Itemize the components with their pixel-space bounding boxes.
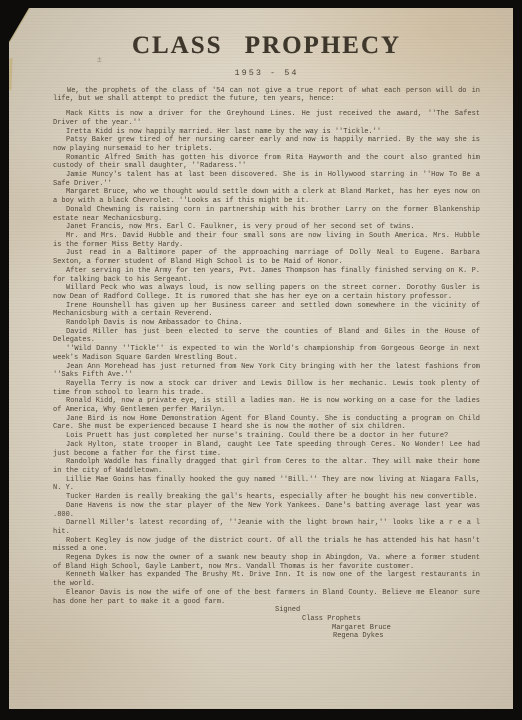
prophecy-paragraph: Jack Hylton, state trooper in Bland, cau… <box>53 441 480 458</box>
page-title: CLASS PROPHECY <box>53 32 480 61</box>
prophecy-paragraph: Jean Ann Morehead has just returned from… <box>53 363 480 380</box>
prophecy-paragraph: Patsy Baker grew tired of her nursing ca… <box>53 136 480 153</box>
prophecy-paragraph: Ronald Kidd, now a private eye, is still… <box>53 397 480 414</box>
document-page: ± CLASS PROPHECY 1953 - 54 We, the proph… <box>9 8 513 709</box>
signature-group-label: Class Prophets <box>302 615 480 624</box>
prophecy-paragraph: Just read in a Baltimore paper of the ap… <box>53 249 480 266</box>
prophecy-paragraph: Rayella Terry is now a stock car driver … <box>53 380 480 397</box>
signature-names: Margaret BruceRegena Dykes <box>53 624 480 641</box>
page-subtitle: 1953 - 54 <box>53 68 480 78</box>
prophecy-paragraph: Dane Havens is now the star player of th… <box>53 502 480 519</box>
prophecy-paragraph: Mack Kitts is now a driver for the Greyh… <box>53 110 480 127</box>
prophecy-paragraph: Iretta Kidd is now happily married. Her … <box>53 128 480 137</box>
prophecy-body: We, the prophets of the class of '54 can… <box>53 87 480 641</box>
prophecy-paragraph: Willard Peck who was always loud, is now… <box>53 284 480 301</box>
prophecy-paragraph: Mr. and Mrs. David Hubble and their four… <box>53 232 480 249</box>
prophecy-paragraph: Margaret Bruce, who we thought would set… <box>53 188 480 205</box>
prophecy-paragraph: Randolph Davis is now Ambassador to Chin… <box>53 319 480 328</box>
intro-paragraph: We, the prophets of the class of '54 can… <box>53 87 480 104</box>
prophecy-paragraphs: Mack Kitts is now a driver for the Greyh… <box>53 110 480 606</box>
signed-label: Signed <box>275 606 480 615</box>
prophecy-paragraph: Jamie Muncy's talent has at last been di… <box>53 171 480 188</box>
prophecy-paragraph: After serving in the Army for ten years,… <box>53 267 480 284</box>
prophecy-paragraph: Tucker Harden is really breaking the gal… <box>53 493 480 502</box>
prophecy-paragraph: Irene Hounshell has given up her Busines… <box>53 302 480 319</box>
signature-name: Margaret Bruce <box>332 624 480 633</box>
paper-edge-detail <box>8 58 12 90</box>
prophecy-paragraph: Janet Francis, now Mrs. Earl C. Faulkner… <box>53 223 480 232</box>
prophecy-paragraph: Eleanor Davis is now the wife of one of … <box>53 589 480 606</box>
prophecy-paragraph: Randolph Waddle has finally dragged that… <box>53 458 480 475</box>
prophecy-paragraph: Darnell Miller's latest recording of, ''… <box>53 519 480 536</box>
prophecy-paragraph: Lillie Mae Goins has finally hooked the … <box>53 476 480 493</box>
prophecy-paragraph: Lois Pruett has just completed her nurse… <box>53 432 480 441</box>
signature-block: Signed Class Prophets Margaret BruceRege… <box>53 606 480 641</box>
photo-frame: ± CLASS PROPHECY 1953 - 54 We, the proph… <box>0 0 522 720</box>
prophecy-paragraph: Kenneth Walker has expanded The Brushy M… <box>53 571 480 588</box>
prophecy-paragraph: Jane Bird is now Home Demonstration Agen… <box>53 415 480 432</box>
prophecy-paragraph: ''Wild Danny ''Tickle'' is expected to w… <box>53 345 480 362</box>
prophecy-paragraph: Donald Chewning is raising corn in partn… <box>53 206 480 223</box>
page-content: CLASS PROPHECY 1953 - 54 We, the prophet… <box>53 8 480 641</box>
signature-name: Regena Dykes <box>333 632 480 641</box>
prophecy-paragraph: Regena Dykes is now the owner of a swank… <box>53 554 480 571</box>
prophecy-paragraph: Robert Kegley is now judge of the distri… <box>53 537 480 554</box>
prophecy-paragraph: Romantic Alfred Smith has gotten his div… <box>53 154 480 171</box>
paper-corner-fold <box>8 7 30 42</box>
prophecy-paragraph: David Miller has just been elected to se… <box>53 328 480 345</box>
